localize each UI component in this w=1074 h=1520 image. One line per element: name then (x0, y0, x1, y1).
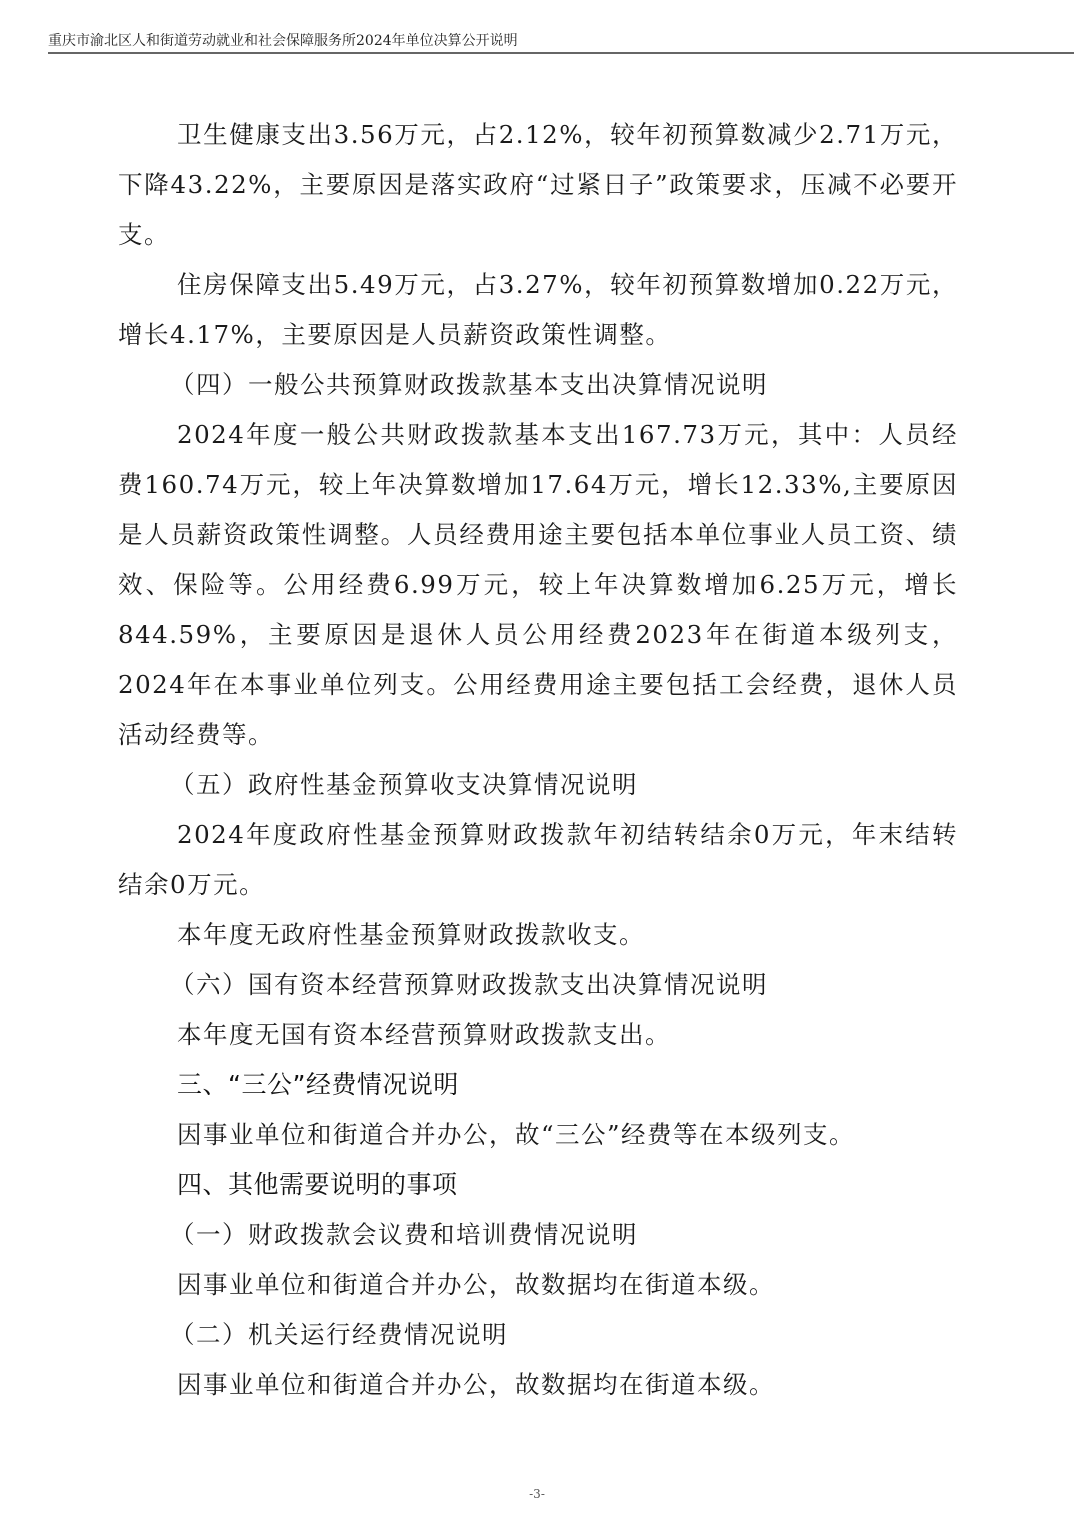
document-body: 卫生健康支出3.56万元，占2.12%，较年初预算数减少2.71万元，下降43.… (118, 110, 958, 1410)
heading-section-5: （五）政府性基金预算收支决算情况说明 (118, 760, 958, 810)
paragraph-basic-expense: 2024年度一般公共财政拨款基本支出167.73万元，其中：人员经费160.74… (118, 410, 958, 760)
document-header-title: 重庆市渝北区人和街道劳动就业和社会保障服务所2024年单位决算公开说明 (48, 30, 518, 50)
paragraph-three-public: 因事业单位和街道合并办公，故“三公”经费等在本级列支。 (118, 1110, 958, 1160)
heading-section-4: （四）一般公共预算财政拨款基本支出决算情况说明 (118, 360, 958, 410)
page-number: -3- (0, 1487, 1074, 1501)
heading-section-6: （六）国有资本经营预算财政拨款支出决算情况说明 (118, 960, 958, 1010)
paragraph-fund-balance: 2024年度政府性基金预算财政拨款年初结转结余0万元，年末结转结余0万元。 (118, 810, 958, 910)
paragraph-housing-expense: 住房保障支出5.49万元，占3.27%，较年初预算数增加0.22万元，增长4.1… (118, 260, 958, 360)
paragraph-state-capital-none: 本年度无国有资本经营预算财政拨款支出。 (118, 1010, 958, 1060)
heading-part-4-2: （二）机关运行经费情况说明 (118, 1310, 958, 1360)
paragraph-part-4-2: 因事业单位和街道合并办公，故数据均在街道本级。 (118, 1360, 958, 1410)
paragraph-fund-none: 本年度无政府性基金预算财政拨款收支。 (118, 910, 958, 960)
paragraph-part-4-1: 因事业单位和街道合并办公，故数据均在街道本级。 (118, 1260, 958, 1310)
heading-part-4-1: （一）财政拨款会议费和培训费情况说明 (118, 1210, 958, 1260)
header-divider (48, 52, 1074, 54)
paragraph-health-expense: 卫生健康支出3.56万元，占2.12%，较年初预算数减少2.71万元，下降43.… (118, 110, 958, 260)
heading-part-3: 三、“三公”经费情况说明 (118, 1060, 958, 1110)
heading-part-4: 四、其他需要说明的事项 (118, 1160, 958, 1210)
